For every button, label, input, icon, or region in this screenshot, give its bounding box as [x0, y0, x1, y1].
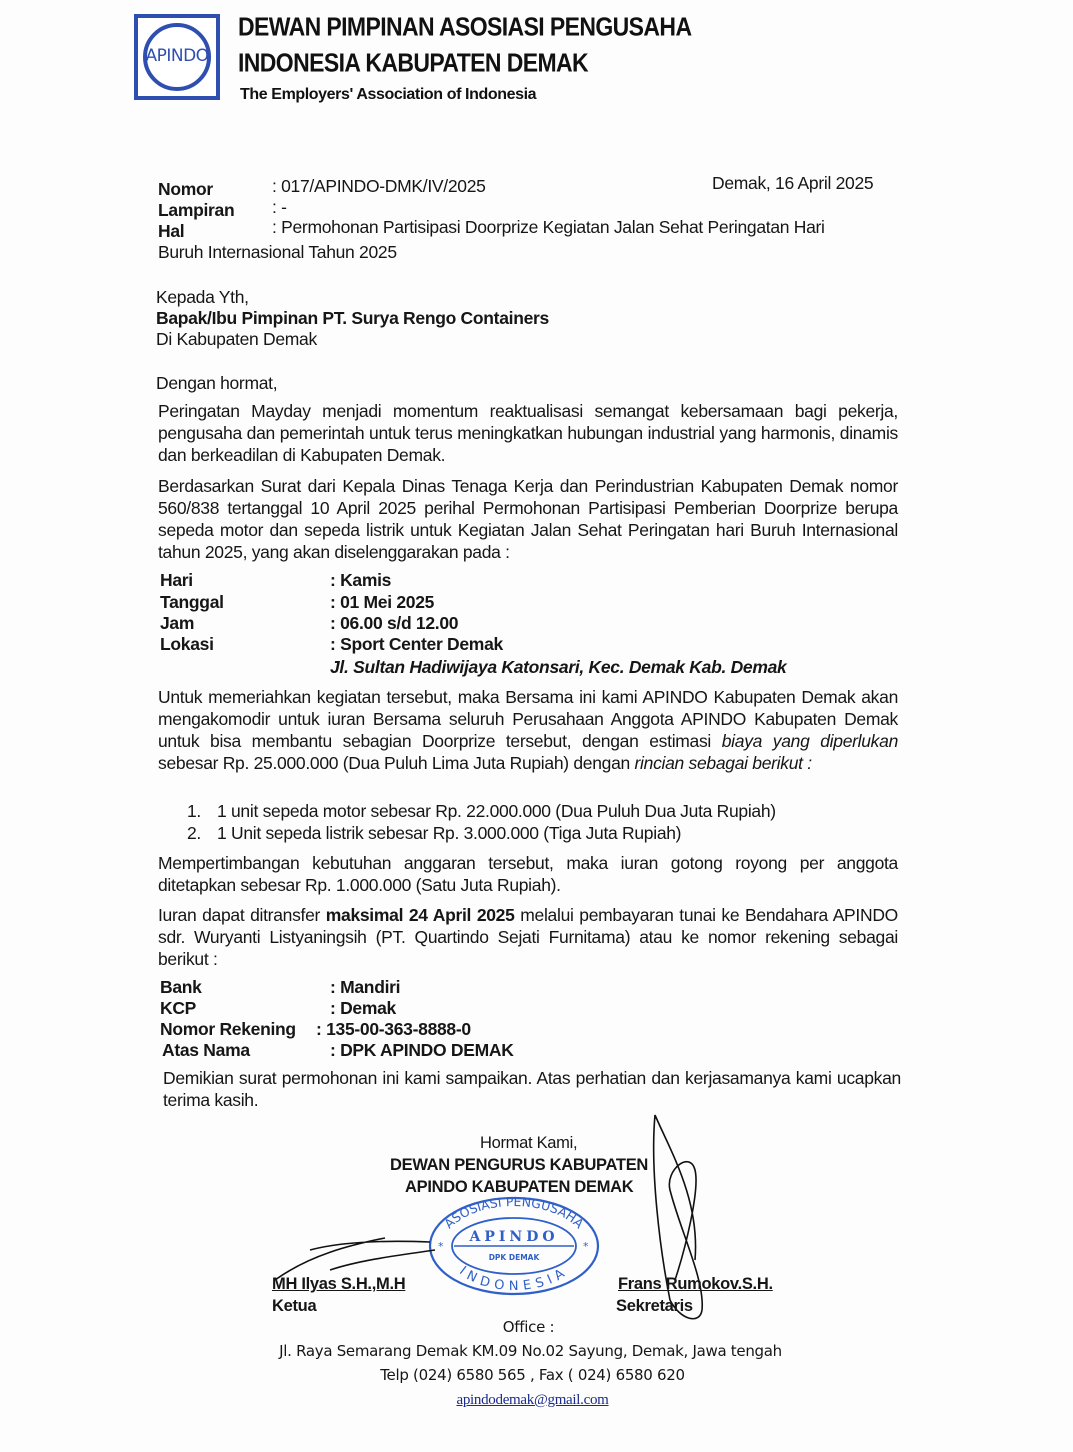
letterhead-line1: DEWAN PIMPINAN ASOSIASI PENGUSAHA — [238, 12, 691, 42]
event-value: : Sport Center Demak — [330, 633, 503, 655]
sign-org-line2: APINDO KABUPATEN DEMAK — [405, 1176, 633, 1198]
svg-text:ASOSIASI PENGUSAHA: ASOSIASI PENGUSAHA — [441, 1196, 587, 1232]
recipient-name: Bapak/Ibu Pimpinan PT. Surya Rengo Conta… — [156, 307, 549, 329]
footer-email-wrap: apindodemak@gmail.com — [0, 1390, 1069, 1409]
paragraph-1: Peringatan Mayday menjadi momentum reakt… — [158, 400, 898, 466]
event-value: : 06.00 s/d 12.00 — [330, 612, 458, 634]
bank-value: : 135-00-363-8888-0 — [316, 1018, 471, 1040]
bank-label: Atas Nama — [162, 1039, 250, 1061]
paragraph-3: Untuk memeriahkan kegiatan tersebut, mak… — [158, 686, 898, 774]
event-value: : 01 Mei 2025 — [330, 591, 434, 613]
list-item-number: 2. — [187, 822, 201, 844]
stamp-seal-icon: * * ASOSIASI PENGUSAHA INDONESIA APINDO … — [428, 1196, 600, 1296]
organization-stamp: * * ASOSIASI PENGUSAHA INDONESIA APINDO … — [428, 1196, 600, 1296]
svg-text:*: * — [438, 1240, 444, 1253]
paragraph-5: Iuran dapat ditransfer maksimal 24 April… — [158, 904, 898, 970]
bank-label: Bank — [160, 976, 202, 998]
hal-label: Hal — [158, 220, 184, 242]
svg-text:*: * — [583, 1240, 589, 1253]
lampiran-value: : - — [272, 196, 287, 218]
logo-text: APINDO — [138, 45, 216, 67]
deadline-date: maksimal 24 April 2025 — [326, 905, 515, 925]
footer-phone: Telp (024) 6580 565 , Fax ( 024) 6580 62… — [0, 1366, 1069, 1384]
footer-email-link[interactable]: apindodemak@gmail.com — [456, 1392, 608, 1408]
bank-label: KCP — [160, 997, 196, 1019]
footer-address: Jl. Raya Semarang Demak KM.09 No.02 Sayu… — [0, 1342, 1067, 1360]
event-label: Jam — [160, 612, 194, 634]
paragraph-2: Berdasarkan Surat dari Kepala Dinas Tena… — [158, 475, 898, 563]
event-value: : Kamis — [330, 569, 391, 591]
event-label: Lokasi — [160, 633, 214, 655]
closing-paragraph: Demikian surat permohonan ini kami sampa… — [163, 1067, 901, 1111]
paragraph-3-amount: sebesar Rp. 25.000.000 (Dua Puluh Lima J… — [158, 753, 630, 773]
nomor-value: : 017/APINDO-DMK/IV/2025 — [272, 175, 486, 197]
recipient-greeting: Kepada Yth, — [156, 286, 249, 308]
hal-value: : Permohonan Partisipasi Doorprize Kegia… — [272, 216, 825, 238]
sekretaris-title: Sekretaris — [616, 1295, 693, 1317]
bank-value: : DPK APINDO DEMAK — [330, 1039, 514, 1061]
paragraph-3-italic: biaya yang diperlukan — [722, 731, 898, 751]
svg-text:DPK DEMAK: DPK DEMAK — [489, 1253, 541, 1262]
sign-greeting: Hormat Kami, — [480, 1132, 577, 1154]
bank-value: : Demak — [330, 997, 396, 1019]
recipient-location: Di Kabupaten Demak — [156, 328, 317, 350]
bank-value: : Mandiri — [330, 976, 400, 998]
paragraph-4: Mempertimbangan kebutuhan anggaran terse… — [158, 852, 898, 896]
sekretaris-name: Frans Rumokov.S.H. — [618, 1273, 773, 1295]
ketua-title: Ketua — [272, 1295, 316, 1317]
event-label: Hari — [160, 569, 193, 591]
hal-continuation: Buruh Internasional Tahun 2025 — [158, 241, 397, 263]
sign-org-line1: DEWAN PENGURUS KABUPATEN — [390, 1154, 648, 1176]
ketua-name: MH Ilyas S.H.,M.H — [272, 1273, 405, 1295]
salutation: Dengan hormat, — [156, 372, 277, 394]
letter-date: Demak, 16 April 2025 — [712, 172, 873, 194]
letterhead-line2: INDONESIA KABUPATEN DEMAK — [238, 48, 588, 78]
paragraph-5-text: Iuran dapat ditransfer — [158, 905, 326, 925]
list-item: 1 Unit sepeda listrik sebesar Rp. 3.000.… — [217, 822, 681, 844]
paragraph-3-detail: rincian sebagai berikut : — [635, 753, 812, 773]
nomor-label: Nomor — [158, 178, 213, 200]
svg-text:INDONESIA: INDONESIA — [456, 1264, 571, 1294]
event-address: Jl. Sultan Hadiwijaya Katonsari, Kec. De… — [330, 656, 786, 678]
list-item: 1 unit sepeda motor sebesar Rp. 22.000.0… — [217, 800, 776, 822]
lampiran-label: Lampiran — [158, 199, 234, 221]
letterhead-tagline: The Employers' Association of Indonesia — [240, 86, 536, 104]
footer-office-label: Office : — [0, 1318, 1065, 1336]
apindo-logo: APINDO — [134, 14, 220, 100]
event-label: Tanggal — [160, 591, 224, 613]
list-item-number: 1. — [187, 800, 201, 822]
bank-label: Nomor Rekening — [160, 1018, 296, 1040]
svg-text:APINDO: APINDO — [468, 1229, 558, 1245]
